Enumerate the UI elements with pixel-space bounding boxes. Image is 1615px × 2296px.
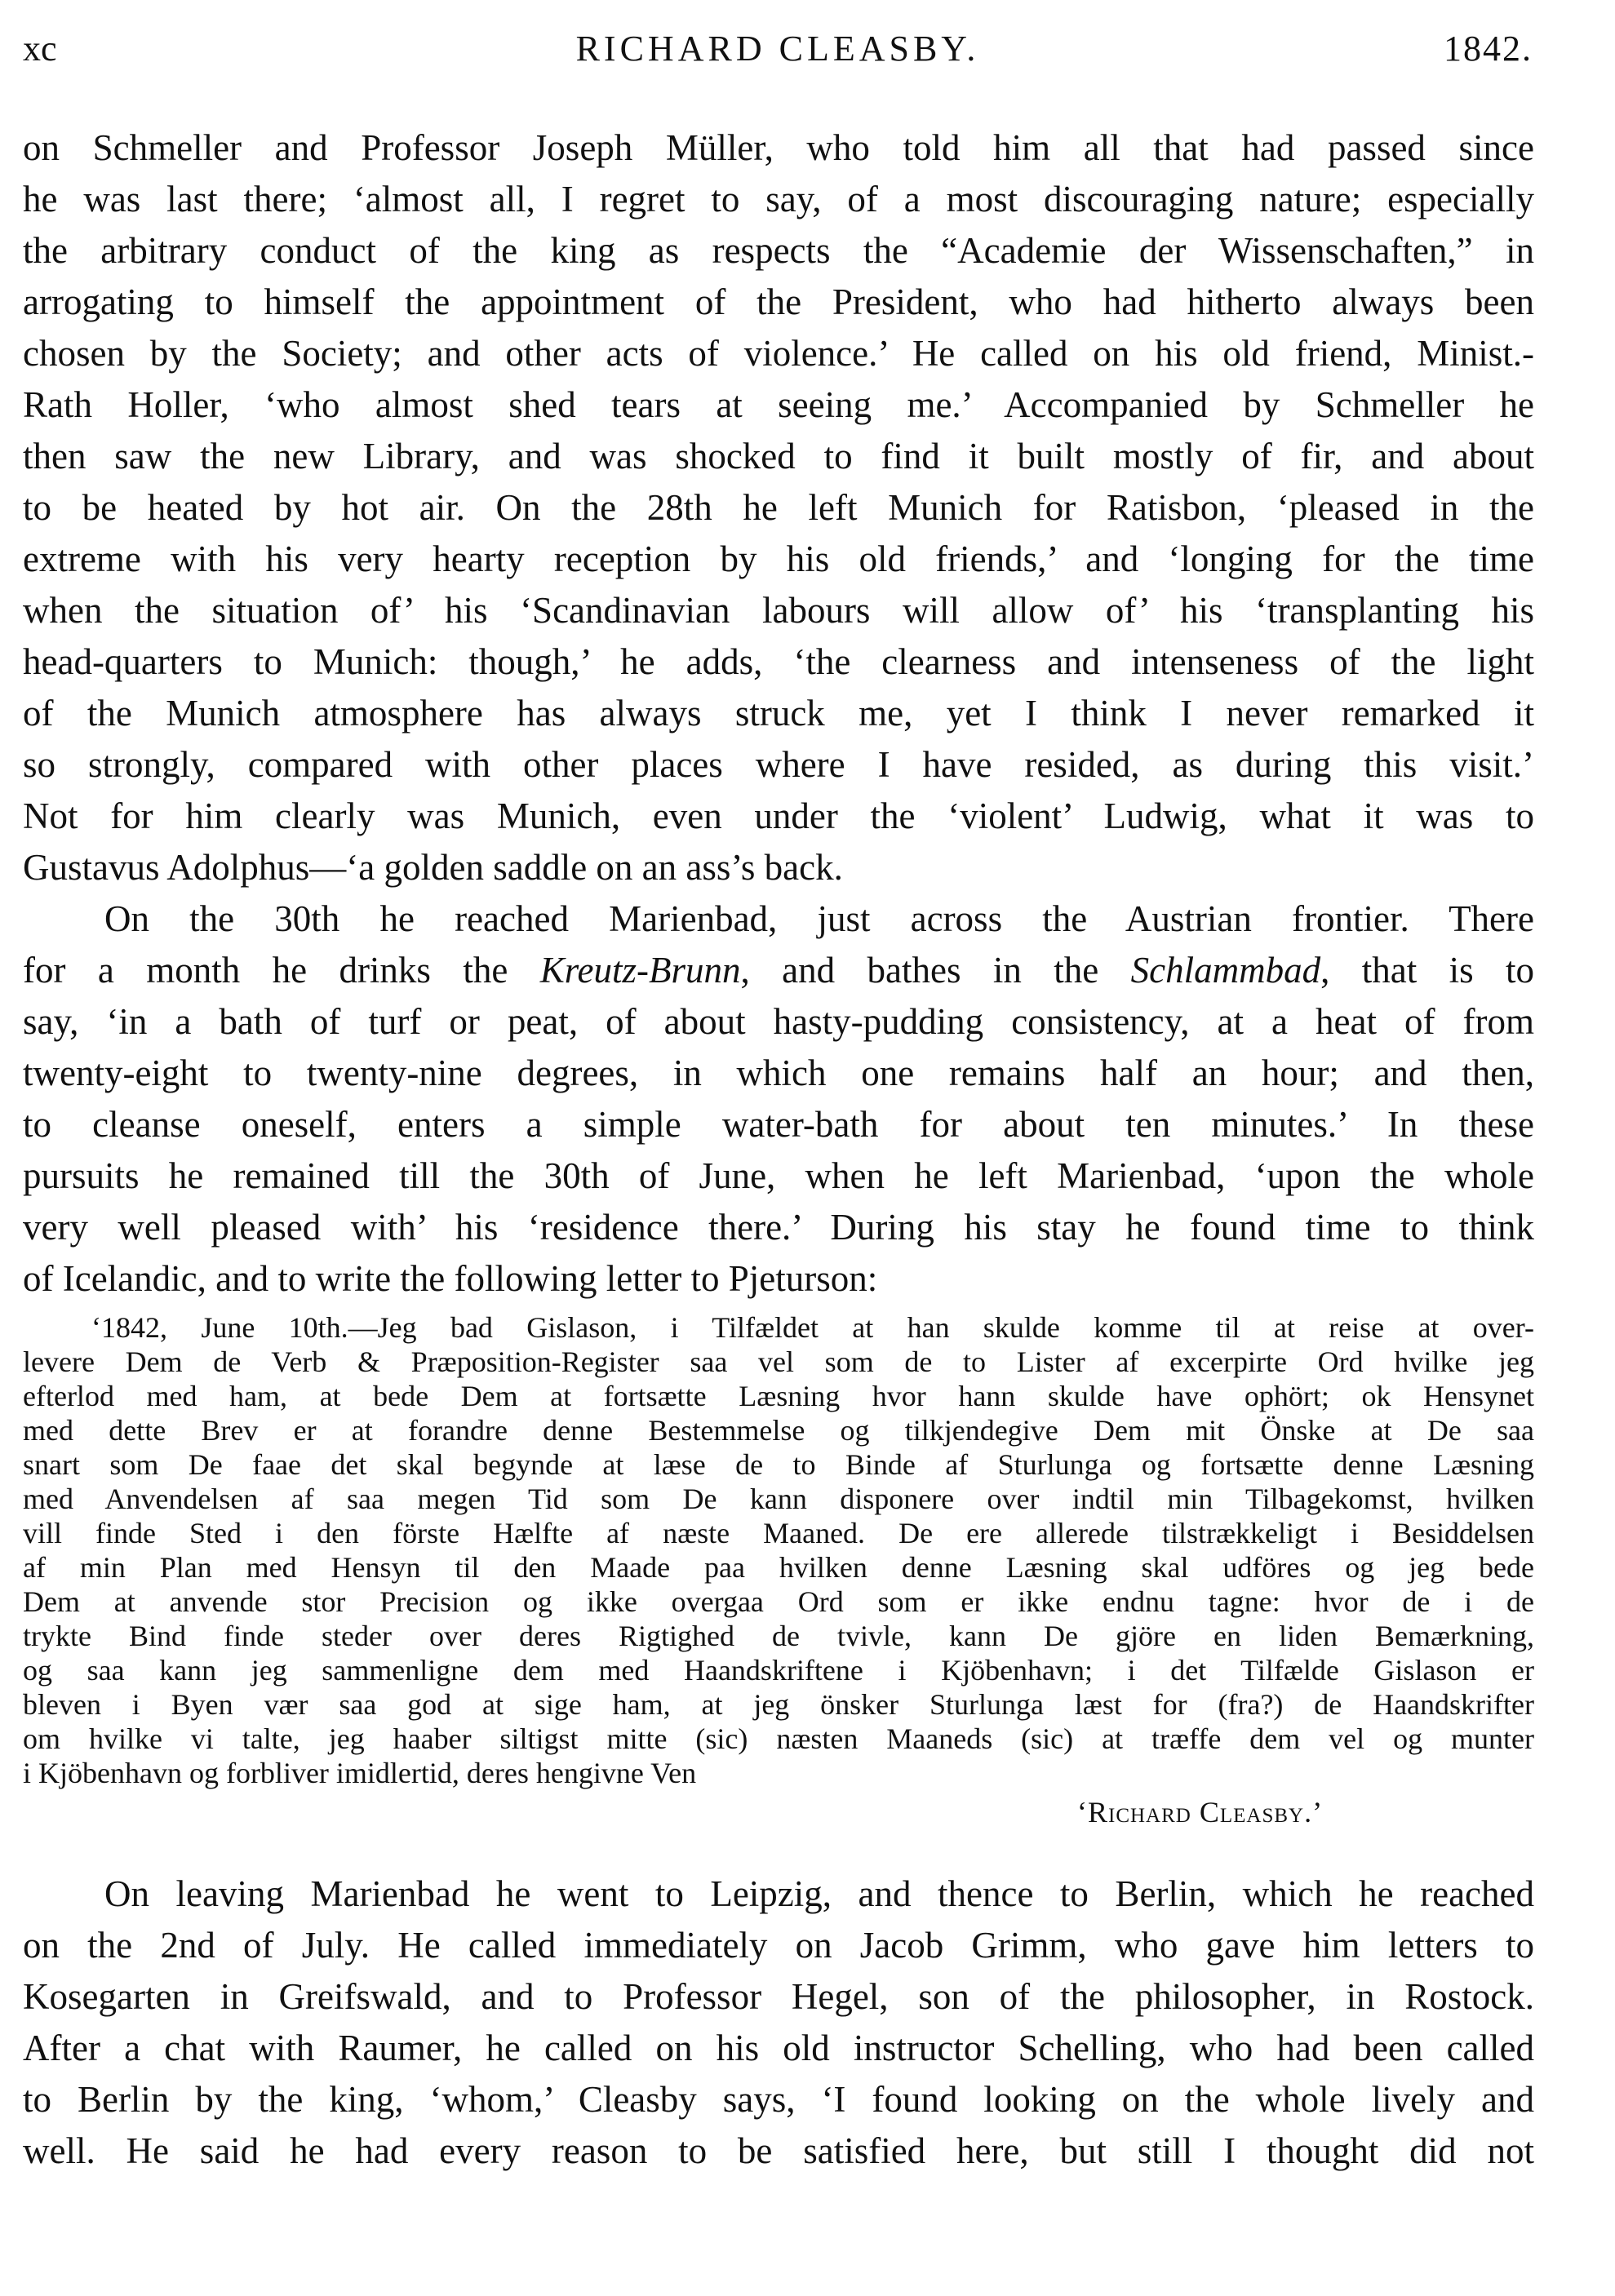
text-line: extreme with his very hearty reception b… xyxy=(23,534,1534,585)
text-line: pursuits he remained till the 30th of Ju… xyxy=(23,1150,1534,1202)
text-line: he was last there; ‘almost all, I regret… xyxy=(23,174,1534,225)
letter-line: med Anvendelsen af saa megen Tid som De … xyxy=(23,1482,1534,1516)
letter-line: bleven i Byen vær saa god at sige ham, a… xyxy=(23,1687,1534,1722)
letter-line: om hvilke vi talte, jeg haaber siltigst … xyxy=(23,1722,1534,1756)
text-line: on Schmeller and Professor Joseph Müller… xyxy=(23,122,1534,174)
text-line: Not for him clearly was Munich, even und… xyxy=(23,791,1534,842)
text-line: to cleanse oneself, enters a simple wate… xyxy=(23,1099,1534,1150)
letter-line: i Kjöbenhavn og forbliver imidlertid, de… xyxy=(23,1756,1534,1790)
text-span: , and bathes in the xyxy=(741,950,1131,991)
text-line: so strongly, compared with other places … xyxy=(23,739,1534,791)
text-line: say, ‘in a bath of turf or peat, of abou… xyxy=(23,996,1534,1048)
running-title: RICHARD CLEASBY. xyxy=(23,28,1533,69)
letter-line: ‘1842, June 10th.—Jeg bad Gislason, i Ti… xyxy=(91,1310,1534,1345)
text-line: on the 2nd of July. He called immediatel… xyxy=(23,1920,1534,1971)
running-year: 1842. xyxy=(1444,28,1533,69)
text-span: for a month he drinks the xyxy=(23,950,540,991)
text-line: On the 30th he reached Marienbad, just a… xyxy=(104,893,1534,945)
text-line: twenty-eight to twenty-nine degrees, in … xyxy=(23,1048,1534,1099)
text-line: then saw the new Library, and was shocke… xyxy=(23,431,1534,482)
text-line: On leaving Marienbad he went to Leipzig,… xyxy=(104,1868,1534,1920)
text-line: of Icelandic, and to write the following… xyxy=(23,1253,1534,1305)
letter-line: Dem at anvende stor Precision og ikke ov… xyxy=(23,1585,1534,1619)
letter-line: levere Dem de Verb & Præposition-Registe… xyxy=(23,1345,1534,1379)
text-line: well. He said he had every reason to be … xyxy=(23,2125,1534,2177)
text-line: to Berlin by the king, ‘whom,’ Cleasby s… xyxy=(23,2074,1534,2125)
letter-line: og saa kann jeg sammenligne dem med Haan… xyxy=(23,1653,1534,1687)
text-span: , that is to xyxy=(1320,950,1534,991)
italic-term: Schlammbad xyxy=(1131,950,1320,991)
letter-line: snart som De faae det skal begynde at læ… xyxy=(23,1447,1534,1482)
text-line: the arbitrary conduct of the king as res… xyxy=(23,225,1534,277)
text-line: Rath Holler, ‘who almost shed tears at s… xyxy=(23,379,1534,431)
text-line: Kosegarten in Greifswald, and to Profess… xyxy=(23,1971,1534,2023)
text-line: chosen by the Society; and other acts of… xyxy=(23,328,1534,379)
book-page: xc RICHARD CLEASBY. 1842. on Schmeller a… xyxy=(0,0,1615,2296)
letter-line: trykte Bind finde steder over deres Rigt… xyxy=(23,1619,1534,1653)
letter-line: vill finde Sted i den förste Hælfte af n… xyxy=(23,1516,1534,1550)
text-line: to be heated by hot air. On the 28th he … xyxy=(23,482,1534,534)
italic-term: Kreutz-Brunn xyxy=(540,950,741,991)
letter-line: af min Plan med Hensyn til den Maade paa… xyxy=(23,1550,1534,1585)
letter-line: med dette Brev er at forandre denne Best… xyxy=(23,1413,1534,1447)
running-head: xc RICHARD CLEASBY. 1842. xyxy=(23,28,1533,77)
text-line: Gustavus Adolphus—‘a golden saddle on an… xyxy=(23,842,1534,893)
text-line: for a month he drinks the Kreutz-Brunn, … xyxy=(23,945,1534,996)
text-line: arrogating to himself the appointment of… xyxy=(23,277,1534,328)
text-line: head-quarters to Munich: though,’ he add… xyxy=(23,636,1534,688)
text-line: of the Munich atmosphere has always stru… xyxy=(23,688,1534,739)
text-line: very well pleased with’ his ‘residence t… xyxy=(23,1202,1534,1253)
text-line: when the situation of’ his ‘Scandinavian… xyxy=(23,585,1534,636)
letter-signature: ‘Richard Cleasby.’ xyxy=(1077,1795,1323,1829)
letter-line: efterlod med ham, at bede Dem at fortsæt… xyxy=(23,1379,1534,1413)
text-line: After a chat with Raumer, he called on h… xyxy=(23,2023,1534,2074)
